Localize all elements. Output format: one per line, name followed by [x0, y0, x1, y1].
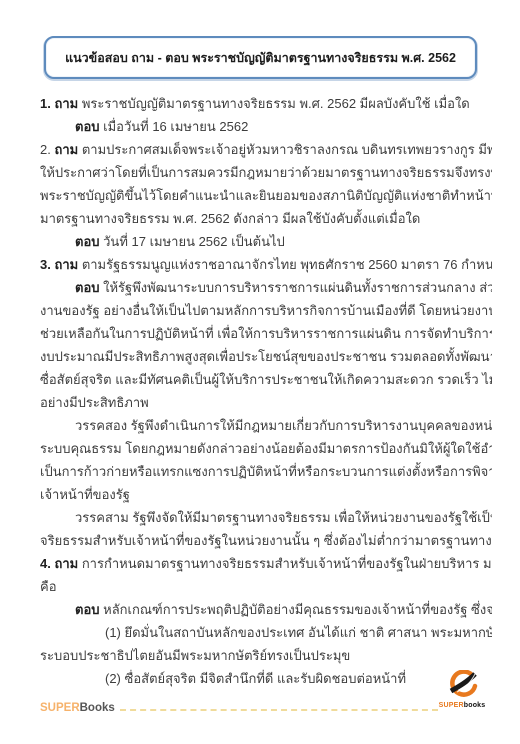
text-line: วรรคสาม รัฐพึงจัดให้มีมาตรฐานทางจริยธรรม…	[40, 506, 492, 529]
text-line: งบประมาณมีประสิทธิภาพสูงสุดเพื่อประโยชน์…	[40, 345, 492, 368]
text-line: อย่างมีประสิทธิภาพ	[40, 391, 492, 414]
text-line: วรรคสอง รัฐพึงดำเนินการให้มีกฎหมายเกี่ยว…	[40, 414, 492, 437]
line-label: 1. ถาม	[40, 96, 78, 111]
line-label: ตอบ	[75, 280, 100, 295]
line-text: พระราชบัญญัติมาตรฐานทางจริยธรรม พ.ศ. 256…	[78, 96, 470, 111]
line-text: วันที่ 17 เมษายน 2562 เป็นต้นไป	[100, 234, 285, 249]
line-text: คือ	[40, 579, 57, 594]
logo-super-text: SUPER	[439, 702, 464, 709]
footer-brand-super: SUPER	[40, 702, 80, 714]
line-text: ระบอบประชาธิปไตยอันมีพระมหากษัตริย์ทรงเป…	[40, 648, 350, 663]
logo-wordmark: SUPERbooks	[436, 702, 488, 709]
title-box: แนวข้อสอบ ถาม - ตอบ พระราชบัญญัติมาตรฐาน…	[44, 36, 477, 79]
text-line: ตอบ วันที่ 17 เมษายน 2562 เป็นต้นไป	[40, 230, 492, 253]
text-line: จริยธรรมสำหรับเจ้าหน้าที่ของรัฐในหน่วยงา…	[40, 529, 492, 552]
line-text: (1) ยึดมั่นในสถาบันหลักของประเทศ อันได้แ…	[105, 625, 492, 640]
text-line: ตอบ หลักเกณฑ์การประพฤติปฏิบัติอย่างมีคุณ…	[40, 598, 492, 621]
line-text: จริยธรรมสำหรับเจ้าหน้าที่ของรัฐในหน่วยงา…	[40, 533, 492, 548]
line-text: งานของรัฐ อย่างอื่นให้เป็นไปตามหลักการบร…	[40, 303, 492, 318]
text-line: ซื่อสัตย์สุจริต และมีทัศนคติเป็นผู้ให้บร…	[40, 368, 492, 391]
line-text: หลักเกณฑ์การประพฤติปฏิบัติอย่างมีคุณธรรม…	[100, 602, 492, 617]
line-text: วรรคสาม รัฐพึงจัดให้มีมาตรฐานทางจริยธรรม…	[75, 510, 492, 525]
line-text: ช่วยเหลือกันในการปฏิบัติหน้าที่ เพื่อให้…	[40, 326, 492, 341]
text-line: ช่วยเหลือกันในการปฏิบัติหน้าที่ เพื่อให้…	[40, 322, 492, 345]
document-page: แนวข้อสอบ ถาม - ตอบ พระราชบัญญัติมาตรฐาน…	[0, 0, 520, 744]
line-label: 4. ถาม	[40, 556, 78, 571]
line-text: ตามรัฐธรรมนูญแห่งราชอาณาจักรไทย พุทธศักร…	[78, 257, 492, 272]
text-line: ตอบ ให้รัฐพึงพัฒนาระบบการบริหารราชการแผ่…	[40, 276, 492, 299]
line-text: ให้รัฐพึงพัฒนาระบบการบริหารราชการแผ่นดิน…	[100, 280, 492, 295]
text-line: 1. ถาม พระราชบัญญัติมาตรฐานทางจริยธรรม พ…	[40, 92, 492, 115]
text-line: ระบอบประชาธิปไตยอันมีพระมหากษัตริย์ทรงเป…	[40, 644, 492, 667]
page-title: แนวข้อสอบ ถาม - ตอบ พระราชบัญญัติมาตรฐาน…	[65, 48, 456, 68]
line-text: เจ้าหน้าที่ของรัฐ	[40, 487, 130, 502]
text-line: มาตรฐานทางจริยธรรม พ.ศ. 2562 ดังกล่าว มี…	[40, 207, 492, 230]
line-text: เป็นการก้าวก่ายหรือแทรกแซงการปฏิบัติหน้า…	[40, 464, 492, 479]
line-text: มาตรฐานทางจริยธรรม พ.ศ. 2562 ดังกล่าว มี…	[40, 211, 420, 226]
line-text: ตามประกาศสมเด็จพระเจ้าอยู่หัวมหาวชิราลงก…	[78, 142, 492, 157]
line-text: งบประมาณมีประสิทธิภาพสูงสุดเพื่อประโยชน์…	[40, 349, 492, 364]
text-line: ให้ประกาศว่าโดยที่เป็นการสมควรมีกฎหมายว่…	[40, 161, 492, 184]
line-text: อย่างมีประสิทธิภาพ	[40, 395, 149, 410]
line-text: พระราชบัญญัติขึ้นไว้โดยคำแนะนำและยินยอมข…	[40, 188, 492, 203]
text-line: 4. ถาม การกำหนดมาตรฐานทางจริยธรรมสำหรับเ…	[40, 552, 492, 575]
text-line: (1) ยึดมั่นในสถาบันหลักของประเทศ อันได้แ…	[40, 621, 492, 644]
text-line: ตอบ เมื่อวันที่ 16 เมษายน 2562	[40, 115, 492, 138]
text-line: เป็นการก้าวก่ายหรือแทรกแซงการปฏิบัติหน้า…	[40, 460, 492, 483]
footer-brand: SUPERBooks	[40, 702, 115, 714]
text-line: พระราชบัญญัติขึ้นไว้โดยคำแนะนำและยินยอมข…	[40, 184, 492, 207]
swoosh-icon	[436, 670, 488, 702]
line-prefix: 2.	[40, 142, 54, 157]
text-line: งานของรัฐ อย่างอื่นให้เป็นไปตามหลักการบร…	[40, 299, 492, 322]
line-label: ตอบ	[75, 119, 100, 134]
text-line: เจ้าหน้าที่ของรัฐ	[40, 483, 492, 506]
line-label: ตอบ	[75, 602, 100, 617]
qa-content: 1. ถาม พระราชบัญญัติมาตรฐานทางจริยธรรม พ…	[40, 92, 492, 692]
text-line: คือ	[40, 575, 492, 598]
footer-brand-books: Books	[80, 702, 115, 714]
logo-books-text: books	[464, 702, 486, 709]
text-line: 3. ถาม ตามรัฐธรรมนูญแห่งราชอาณาจักรไทย พ…	[40, 253, 492, 276]
line-text: วรรคสอง รัฐพึงดำเนินการให้มีกฎหมายเกี่ยว…	[75, 418, 492, 433]
line-text: ให้ประกาศว่าโดยที่เป็นการสมควรมีกฎหมายว่…	[40, 165, 492, 180]
text-line: 2. ถาม ตามประกาศสมเด็จพระเจ้าอยู่หัวมหาว…	[40, 138, 492, 161]
line-text: ระบบคุณธรรม โดยกฎหมายดังกล่าวอย่างน้อยต้…	[40, 441, 492, 456]
footer-divider	[120, 709, 438, 711]
footer: SUPERBooks SUPERbooks	[0, 668, 520, 744]
line-label: ตอบ	[75, 234, 100, 249]
superbooks-logo: SUPERbooks	[436, 670, 488, 709]
text-line: ระบบคุณธรรม โดยกฎหมายดังกล่าวอย่างน้อยต้…	[40, 437, 492, 460]
line-text: เมื่อวันที่ 16 เมษายน 2562	[100, 119, 249, 134]
line-text: ซื่อสัตย์สุจริต และมีทัศนคติเป็นผู้ให้บร…	[40, 372, 492, 387]
line-label: 3. ถาม	[40, 257, 78, 272]
line-text: การกำหนดมาตรฐานทางจริยธรรมสำหรับเจ้าหน้า…	[78, 556, 492, 571]
line-label: ถาม	[54, 142, 78, 157]
